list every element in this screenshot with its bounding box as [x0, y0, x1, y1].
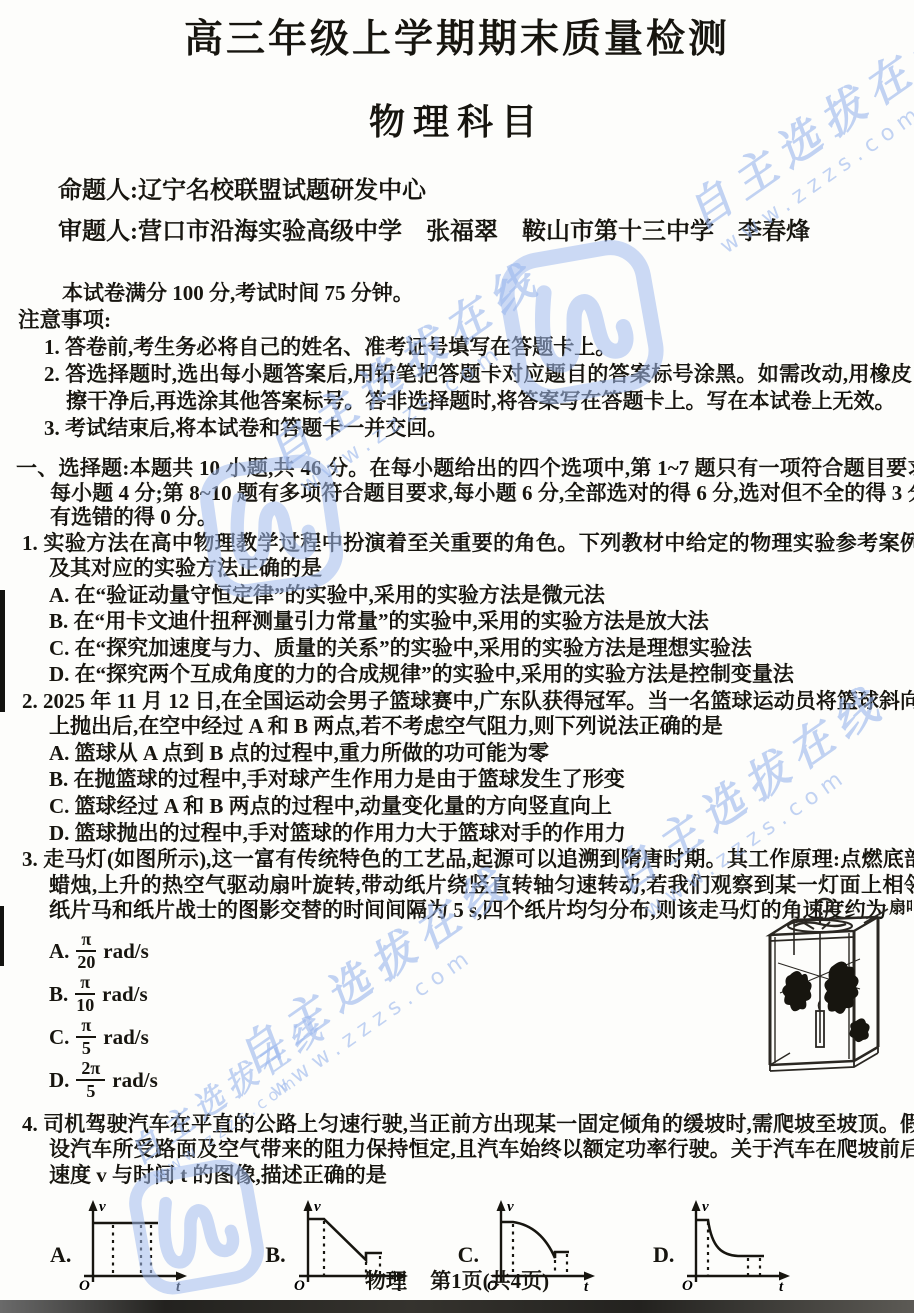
question-stem: 1. 实验方法在高中物理教学过程中扮演着至关重要的角色。下列教材中给定的物理实验… — [22, 531, 914, 582]
scan-edge-mark — [0, 590, 5, 712]
fraction: π 5 — [76, 1016, 96, 1059]
option-d: D. 篮球抛出的过程中,手对篮球的作用力大于篮球对手的作用力 — [49, 820, 914, 847]
authors-block: 命题人:辽宁名校联盟试题研发中心 审题人:营口市沿海实验高级中学 张福翠 鞍山市… — [58, 171, 914, 253]
option-c: C. 篮球经过 A 和 B 两点的过程中,动量变化量的方向竖直向上 — [49, 793, 914, 820]
question-2: 2. 2025 年 11 月 12 日,在全国运动会男子篮球赛中,广东队获得冠军… — [0, 689, 914, 846]
option-d: D. 在“探究两个互成角度的力的合成规律”的实验中,采用的实验方法是控制变量法 — [49, 661, 914, 688]
svg-text:v: v — [702, 1199, 709, 1215]
option-label: C. — [49, 1025, 69, 1050]
setter-line: 命题人:辽宁名校联盟试题研发中心 — [58, 171, 914, 212]
note-item: 1. 答卷前,考生务必将自己的姓名、准考证号填写在答题卡上。 — [44, 334, 912, 361]
fraction: 2π 5 — [76, 1059, 105, 1102]
scan-edge-mark — [0, 906, 4, 966]
footer-page-number: 第1页(共4页) — [430, 1269, 549, 1293]
exam-page: 高三年级上学期期末质量检测 物理科目 命题人:辽宁名校联盟试题研发中心 审题人:… — [0, 8, 914, 1294]
scan-bottom-strip — [0, 1300, 914, 1313]
option-unit: rad/s — [103, 939, 149, 964]
svg-text:扇叶: 扇叶 — [889, 897, 912, 917]
option-b: B. 在“用卡文迪什扭秤测量引力常量”的实验中,采用的实验方法是放大法 — [49, 608, 914, 635]
option-unit: rad/s — [103, 1025, 149, 1050]
option-unit: rad/s — [102, 982, 148, 1007]
page-title: 高三年级上学期期末质量检测 — [0, 8, 914, 64]
note-item: 2. 答选择题时,选出每小题答案后,用铅笔把答题卡对应题目的答案标号涂黑。如需改… — [44, 361, 912, 415]
exam-info: 本试卷满分 100 分,考试时间 75 分钟。 — [0, 280, 914, 307]
svg-text:v: v — [99, 1199, 106, 1215]
svg-text:v: v — [507, 1199, 514, 1215]
option-a: A. 篮球从 A 点到 B 点的过程中,重力所做的功可能为零 — [49, 740, 914, 767]
question-stem: 2. 2025 年 11 月 12 日,在全国运动会男子篮球赛中,广东队获得冠军… — [22, 689, 914, 740]
footer-subject: 物理 — [365, 1269, 407, 1293]
notes-title: 注意事项: — [18, 307, 914, 334]
option-a: A. 在“验证动量守恒定律”的实验中,采用的实验方法是微元法 — [49, 582, 914, 609]
option-label: B. — [49, 982, 68, 1007]
fraction: π 10 — [75, 973, 95, 1016]
subject-title: 物理科目 — [0, 94, 914, 145]
note-item: 3. 考试结束后,将本试卷和答题卡一并交回。 — [44, 415, 912, 442]
question-1: 1. 实验方法在高中物理教学过程中扮演着至关重要的角色。下列教材中给定的物理实验… — [0, 531, 914, 688]
reviewer-line: 审题人:营口市沿海实验高级中学 张福翠 鞍山市第十三中学 李春烽 — [58, 212, 914, 253]
option-label: A. — [49, 939, 69, 964]
option-label: D. — [49, 1068, 69, 1093]
lantern-figure: 扇叶 — [760, 893, 912, 1091]
option-c: C. 在“探究加速度与力、质量的关系”的实验中,采用的实验方法是理想实验法 — [49, 635, 914, 662]
option-unit: rad/s — [112, 1068, 158, 1093]
question-stem: 4. 司机驾驶汽车在平直的公路上匀速行驶,当正前方出现某一固定倾角的缓坡时,需爬… — [22, 1112, 914, 1189]
svg-text:v: v — [314, 1199, 321, 1215]
fraction: π 20 — [76, 930, 96, 973]
page-footer: 物理 第1页(共4页) — [0, 1265, 914, 1295]
section-header: 一、选择题:本题共 10 小题,共 46 分。在每小题给出的四个选项中,第 1~… — [16, 456, 914, 530]
option-b: B. 在抛篮球的过程中,手对球产生作用力是由于篮球发生了形变 — [49, 766, 914, 793]
